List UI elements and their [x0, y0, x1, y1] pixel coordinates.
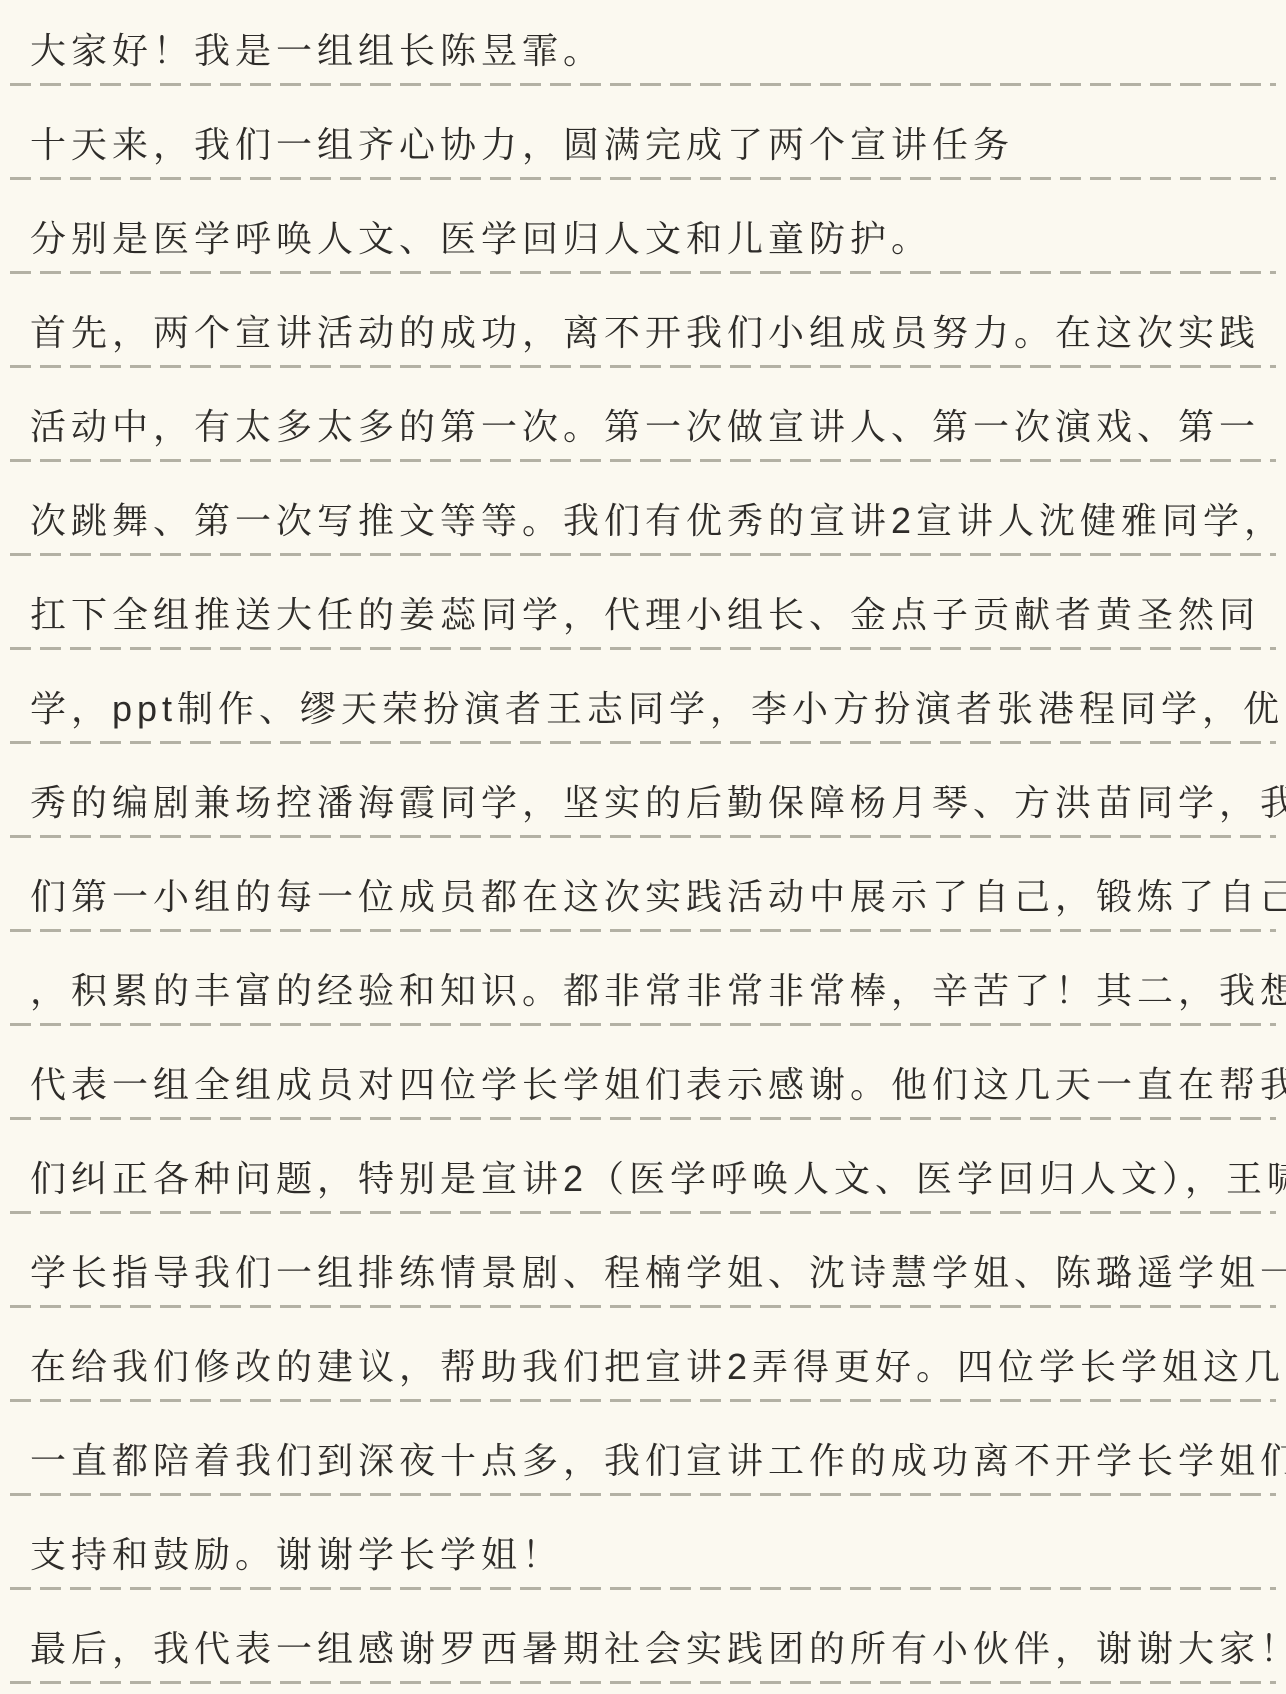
line-text: 一直都陪着我们到深夜十点多，我们宣讲工作的成功离不开学长学姐们的 — [30, 1440, 1286, 1482]
line-text: 十天来，我们一组齐心协力，圆满完成了两个宣讲任务 — [30, 124, 1014, 166]
text-line: 一直都陪着我们到深夜十点多，我们宣讲工作的成功离不开学长学姐们的 — [0, 1402, 1286, 1496]
text-line: 首先，两个宣讲活动的成功，离不开我们小组成员努力。在这次实践 — [0, 274, 1286, 368]
line-text: 们第一小组的每一位成员都在这次实践活动中展示了自己，锻炼了自己 — [30, 876, 1286, 918]
line-text: 活动中，有太多太多的第一次。第一次做宣讲人、第一次演戏、第一 — [30, 406, 1260, 448]
text-line: 十天来，我们一组齐心协力，圆满完成了两个宣讲任务 — [0, 86, 1286, 180]
text-line: 扛下全组推送大任的姜蕊同学，代理小组长、金点子贡献者黄圣然同 — [0, 556, 1286, 650]
text-line: ，积累的丰富的经验和知识。都非常非常非常棒，辛苦了！其二，我想 — [0, 932, 1286, 1026]
text-line: 活动中，有太多太多的第一次。第一次做宣讲人、第一次演戏、第一 — [0, 368, 1286, 462]
line-text: 们纠正各种问题，特别是宣讲2（医学呼唤人文、医学回归人文），王啸 — [30, 1158, 1286, 1200]
text-line: 大家好！我是一组组长陈昱霏。 — [0, 0, 1286, 86]
text-line: 次跳舞、第一次写推文等等。我们有优秀的宣讲2宣讲人沈健雅同学， — [0, 462, 1286, 556]
text-line: 学长指导我们一组排练情景剧、程楠学姐、沈诗慧学姐、陈璐遥学姐一直 — [0, 1214, 1286, 1308]
text-line: 分别是医学呼唤人文、医学回归人文和儿童防护。 — [0, 180, 1286, 274]
line-text: 分别是医学呼唤人文、医学回归人文和儿童防护。 — [30, 218, 932, 260]
line-text: 次跳舞、第一次写推文等等。我们有优秀的宣讲2宣讲人沈健雅同学， — [30, 500, 1285, 542]
notebook-page: 大家好！我是一组组长陈昱霏。 十天来，我们一组齐心协力，圆满完成了两个宣讲任务 … — [0, 0, 1286, 1694]
line-text: 最后，我代表一组感谢罗西暑期社会实践团的所有小伙伴，谢谢大家！ — [30, 1628, 1286, 1670]
line-text: 学长指导我们一组排练情景剧、程楠学姐、沈诗慧学姐、陈璐遥学姐一直 — [30, 1252, 1286, 1294]
line-text: 学，ppt制作、缪天荣扮演者王志同学，李小方扮演者张港程同学，优 — [30, 688, 1284, 730]
text-line: 代表一组全组成员对四位学长学姐们表示感谢。他们这几天一直在帮我 — [0, 1026, 1286, 1120]
text-line: 们第一小组的每一位成员都在这次实践活动中展示了自己，锻炼了自己 — [0, 838, 1286, 932]
text-line: 秀的编剧兼场控潘海霞同学，坚实的后勤保障杨月琴、方洪苗同学，我 — [0, 744, 1286, 838]
text-line: 在给我们修改的建议，帮助我们把宣讲2弄得更好。四位学长学姐这几天 — [0, 1308, 1286, 1402]
line-text: 秀的编剧兼场控潘海霞同学，坚实的后勤保障杨月琴、方洪苗同学，我 — [30, 782, 1286, 824]
line-text: 代表一组全组成员对四位学长学姐们表示感谢。他们这几天一直在帮我 — [30, 1064, 1286, 1106]
line-text: 在给我们修改的建议，帮助我们把宣讲2弄得更好。四位学长学姐这几天 — [30, 1346, 1286, 1388]
line-text: ，积累的丰富的经验和知识。都非常非常非常棒，辛苦了！其二，我想 — [30, 970, 1286, 1012]
line-text: 支持和鼓励。谢谢学长学姐！ — [30, 1534, 563, 1576]
text-line: 最后，我代表一组感谢罗西暑期社会实践团的所有小伙伴，谢谢大家！ — [0, 1590, 1286, 1684]
text-line: 支持和鼓励。谢谢学长学姐！ — [0, 1496, 1286, 1590]
line-text: 首先，两个宣讲活动的成功，离不开我们小组成员努力。在这次实践 — [30, 312, 1260, 354]
line-text: 扛下全组推送大任的姜蕊同学，代理小组长、金点子贡献者黄圣然同 — [30, 594, 1260, 636]
text-line: 们纠正各种问题，特别是宣讲2（医学呼唤人文、医学回归人文），王啸 — [0, 1120, 1286, 1214]
text-line: 学，ppt制作、缪天荣扮演者王志同学，李小方扮演者张港程同学，优 — [0, 650, 1286, 744]
line-text: 大家好！我是一组组长陈昱霏。 — [30, 30, 604, 72]
